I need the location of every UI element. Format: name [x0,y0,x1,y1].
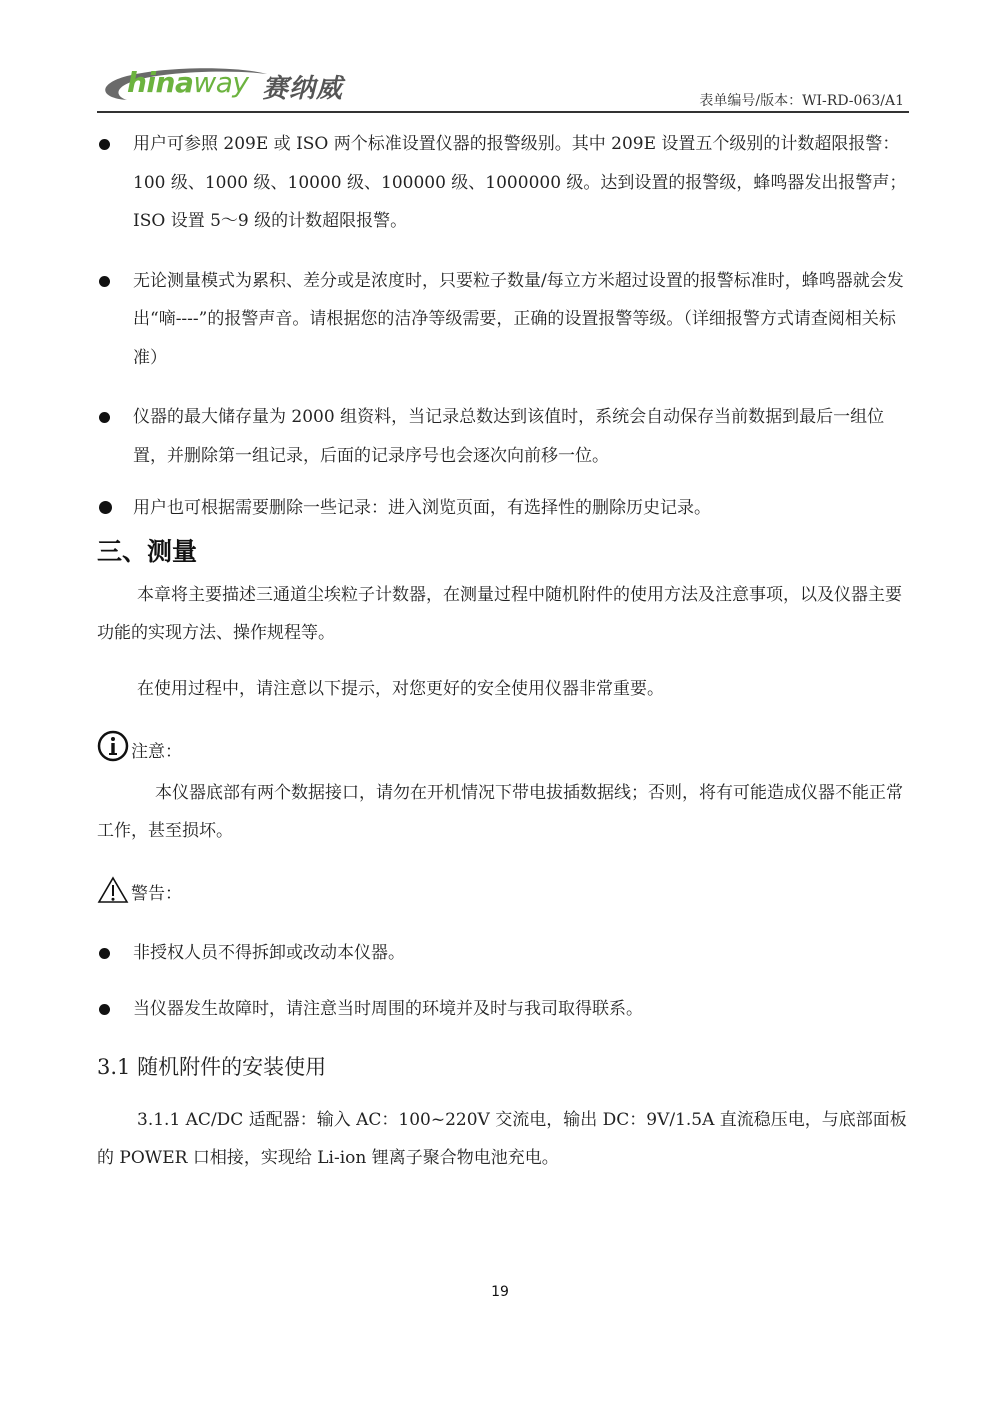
section-title: 三、测量 [97,532,912,572]
section-intro: 本章将主要描述三通道尘埃粒子计数器，在测量过程中随机附件的使用方法及注意事项，以… [97,576,912,652]
list-item: 当仪器发生故障时，请注意当时周围的环境并及时与我司取得联系。 [97,990,912,1029]
list-item: 非授权人员不得拆卸或改动本仪器。 [97,934,912,973]
form-number: 表单编号/版本：WI-RD-063/A1 [699,90,904,110]
bullet-icon [99,139,110,150]
notice-heading: 注意： [97,730,912,762]
bullet-icon [99,948,110,959]
bullet-icon [99,501,112,514]
notice-text: 本仪器底部有两个数据接口，请勿在开机情况下带电拔插数据线；否则，将有可能造成仪器… [97,774,912,850]
list-item: 仪器的最大储存量为 2000 组资料，当记录总数达到该值时，系统会自动保存当前数… [97,398,912,475]
logo-text-light: way [193,66,248,99]
warning-label: 警告： [131,884,182,904]
list-item: 用户可参照 209E 或 ISO 两个标准设置仪器的报警级别。其中 209E 设… [97,125,912,241]
subsection-item: 3.1.1 AC/DC 适配器：输入 AC：100~220V 交流电，输出 DC… [97,1101,912,1177]
bullet-icon [99,276,110,287]
logo-chinese-name: 赛纳威 [262,68,343,105]
list-item: 用户也可根据需要删除一些记录：进入浏览页面，有选择性的删除历史记录。 [97,489,912,528]
subsection-title: 3.1 随机附件的安装使用 [97,1047,912,1087]
bullet-icon [99,412,110,423]
page-content: 用户可参照 209E 或 ISO 两个标准设置仪器的报警级别。其中 209E 设… [97,125,912,1177]
header-divider [97,111,909,113]
notice-label: 注意： [131,742,182,762]
warning-heading: 警告： [97,876,912,904]
warning-triangle-icon [97,876,129,904]
logo-text-bold: hina [127,66,193,99]
list-item: 无论测量模式为累积、差分或是浓度时，只要粒子数量/每立方米超过设置的报警标准时，… [97,262,912,378]
section-tip: 在使用过程中，请注意以下提示，对您更好的安全使用仪器非常重要。 [97,670,912,708]
info-circle-icon [97,730,129,762]
bullet-icon [99,1004,110,1015]
company-logo: hinaway 赛纳威 [97,62,367,106]
page-header: hinaway 赛纳威 表单编号/版本：WI-RD-063/A1 [97,62,909,112]
page-number: 19 [0,1284,1000,1300]
